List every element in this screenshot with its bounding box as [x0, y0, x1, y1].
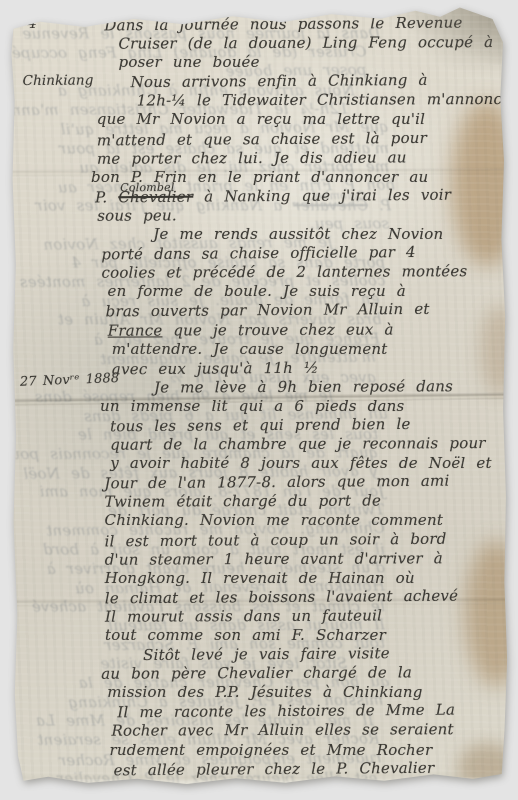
line-text: d'un steamer 1 heure avant d'arriver à	[105, 549, 443, 568]
line-text: tout comme son ami F. Scharzer	[105, 626, 386, 644]
line-text: y avoir habité 8 jours aux fêtes de Noël…	[110, 454, 491, 472]
margin-note: 27 Novʳᵉ 1888	[20, 369, 120, 392]
manuscript-line: un immense lit qui a 6 pieds dans	[90, 397, 506, 416]
manuscript-line: mission des P.P. Jésuites à Chinkiang	[91, 683, 507, 702]
line-text: Il mourut assis dans un fauteuil	[105, 606, 382, 625]
line-text: est allée pleurer chez le P. Chevalier	[114, 758, 435, 779]
line-text: Dans la journée nous passons le Revenue	[104, 14, 462, 35]
inserted-word: Colombel	[120, 178, 174, 198]
manuscript-line: m'attendre. Je cause longuement	[90, 339, 506, 358]
manuscript-line: y avoir habité 8 jours aux fêtes de Noël…	[90, 454, 506, 473]
paper: Dans la journée nous passons le RevenueC…	[10, 5, 507, 787]
manuscript-line: Dans la journée nous passons le Revenue	[88, 13, 504, 35]
line-text: m'attendre. Je cause longuement	[112, 339, 388, 357]
manuscript-line: Il me raconte les histoires de Mme La	[91, 701, 507, 723]
manuscript-line: quart de la chambre que je reconnais pou…	[90, 434, 506, 455]
line-text: coolies et précédé de 2 lanternes montée…	[101, 262, 467, 282]
line-text: Cruiser (de la douane) Ling Feng occupé …	[118, 33, 493, 53]
manuscript-line: Rocher avec Mr Alluin elles se seraient	[91, 720, 507, 741]
manuscript-line: Cruiser (de la douane) Ling Feng occupé …	[88, 33, 504, 54]
margin-note: Chinkiang	[23, 72, 94, 92]
manuscript-line: coolies et précédé de 2 lanternes montée…	[89, 262, 505, 283]
manuscript-line: rudement empoignées et Mme Rocher	[92, 740, 508, 759]
page-number: 4	[27, 14, 37, 32]
manuscript-line: tout comme son ami F. Scharzer	[91, 626, 507, 645]
line-text: Sitôt levé je vais faire visite	[143, 644, 390, 664]
manuscript-line: Je me rends aussitôt chez Novion	[89, 225, 505, 244]
ink-text-layer: Dans la journée nous passons le RevenueC…	[10, 14, 507, 787]
line-text: Je me rends aussitôt chez Novion	[153, 225, 443, 243]
line-text: tous les sens et qui prend bien le	[110, 415, 411, 435]
line-text: porté dans sa chaise officielle par 4	[101, 243, 416, 263]
line-text: Nous arrivons enfin à Chinkiang à	[131, 71, 428, 91]
manuscript-line: d'un steamer 1 heure avant d'arriver à	[91, 549, 507, 570]
manuscript-line: m'attend et que sa chaise est là pour	[89, 128, 505, 150]
line-text: Jour de l'an 1877-8. alors que mon ami	[104, 472, 449, 493]
manuscript-line: Hongkong. Il revenait de Hainan où	[91, 569, 507, 588]
manuscript-line: Sitôt levé je vais faire visite	[91, 643, 507, 665]
manuscript-line: France que je trouve chez eux à	[90, 319, 506, 340]
line-text: en forme de boule. Je suis reçu à	[108, 282, 406, 300]
manuscript-line: Chinkiang. Novion me raconte comment	[91, 511, 507, 530]
line-text: 12h-¼ le Tidewaiter Christiansen m'annon…	[137, 90, 512, 110]
line-text: Rocher avec Mr Alluin elles se seraient	[111, 721, 453, 740]
manuscript-line: me porter chez lui. Je dis adieu au	[89, 148, 505, 169]
manuscript-line: au bon père Chevalier chargé de la	[91, 663, 507, 684]
manuscript-line: avec eux jusqu'à 11h ½	[90, 357, 506, 379]
manuscript-line: le climat et les boissons l'avaient ache…	[91, 586, 507, 608]
manuscript-line: que Mr Novion a reçu ma lettre qu'il	[89, 110, 505, 129]
manuscript-line: 27 Novʳᵉ 1888Je me lève à 9h bien reposé…	[90, 377, 506, 398]
manuscript-line: sous peu.	[89, 205, 505, 226]
line-text: Hongkong. Il revenait de Hainan où	[105, 569, 415, 587]
manuscript-line: P. ColombelChevalier à Nanking que j'ira…	[89, 185, 505, 207]
line-text: sous peu.	[97, 206, 177, 224]
line-text: Chinkiang. Novion me raconte comment	[105, 511, 444, 529]
manuscript-line: bras ouverts par Novion Mr Alluin et	[90, 300, 506, 322]
manuscript-line: en forme de boule. Je suis reçu à	[90, 282, 506, 301]
line-text: m'attend et que sa chaise est là pour	[97, 128, 427, 149]
line-text: il est mort tout à coup un soir à bord	[105, 529, 447, 550]
manuscript-line: poser une bouée	[89, 53, 505, 72]
line-text: Twinem était chargé du port de	[104, 492, 381, 511]
line-text: un immense lit qui a 6 pieds dans	[100, 397, 404, 415]
line-text: que Mr Novion a reçu ma lettre qu'il	[97, 110, 425, 128]
manuscript-line: tous les sens et qui prend bien le	[90, 414, 506, 436]
manuscript-line: Jour de l'an 1877-8. alors que mon ami	[90, 471, 506, 493]
line-text: me porter chez lui. Je dis adieu au	[97, 148, 407, 167]
line-text: rudement empoignées et Mme Rocher	[110, 740, 433, 758]
line-text: Il me raconte les histoires de Mme La	[117, 701, 455, 722]
manuscript-line: ChinkiangNous arrivons enfin à Chinkiang…	[89, 70, 505, 92]
manuscript-line: est allée pleurer chez le P. Chevalier	[92, 758, 508, 780]
manuscript-line: 12h-¼ le Tidewaiter Christiansen m'annon…	[89, 90, 505, 111]
manuscript-line: Twinem était chargé du port de	[90, 491, 506, 512]
line-text: mission des P.P. Jésuites à Chinkiang	[107, 683, 422, 701]
line-text: le climat et les boissons l'avaient ache…	[105, 586, 458, 607]
line-text: P.	[95, 188, 118, 206]
line-text: avec eux jusqu'à 11h ½	[112, 358, 319, 378]
manuscript-line: il est mort tout à coup un soir à bord	[91, 529, 507, 551]
paper-shadow: Dans la journée nous passons le RevenueC…	[0, 0, 518, 800]
line-text: quart de la chambre que je reconnais pou…	[110, 434, 486, 454]
line-text: Je me lève à 9h bien reposé dans	[154, 377, 453, 396]
line-text: poser une bouée	[119, 53, 260, 71]
line-text: que je trouve chez eux à	[162, 320, 393, 339]
manuscript-line: porté dans sa chaise officielle par 4	[89, 242, 505, 264]
line-text: à Nanking que j'irai les voir	[193, 185, 451, 205]
photo-background: Dans la journée nous passons le RevenueC…	[0, 0, 518, 800]
line-text: bras ouverts par Novion Mr Alluin et	[106, 300, 430, 321]
line-text: au bon père Chevalier chargé de la	[101, 664, 412, 683]
manuscript-line: Il mourut assis dans un fauteuil	[91, 606, 507, 627]
underlined-word: France	[108, 321, 163, 339]
